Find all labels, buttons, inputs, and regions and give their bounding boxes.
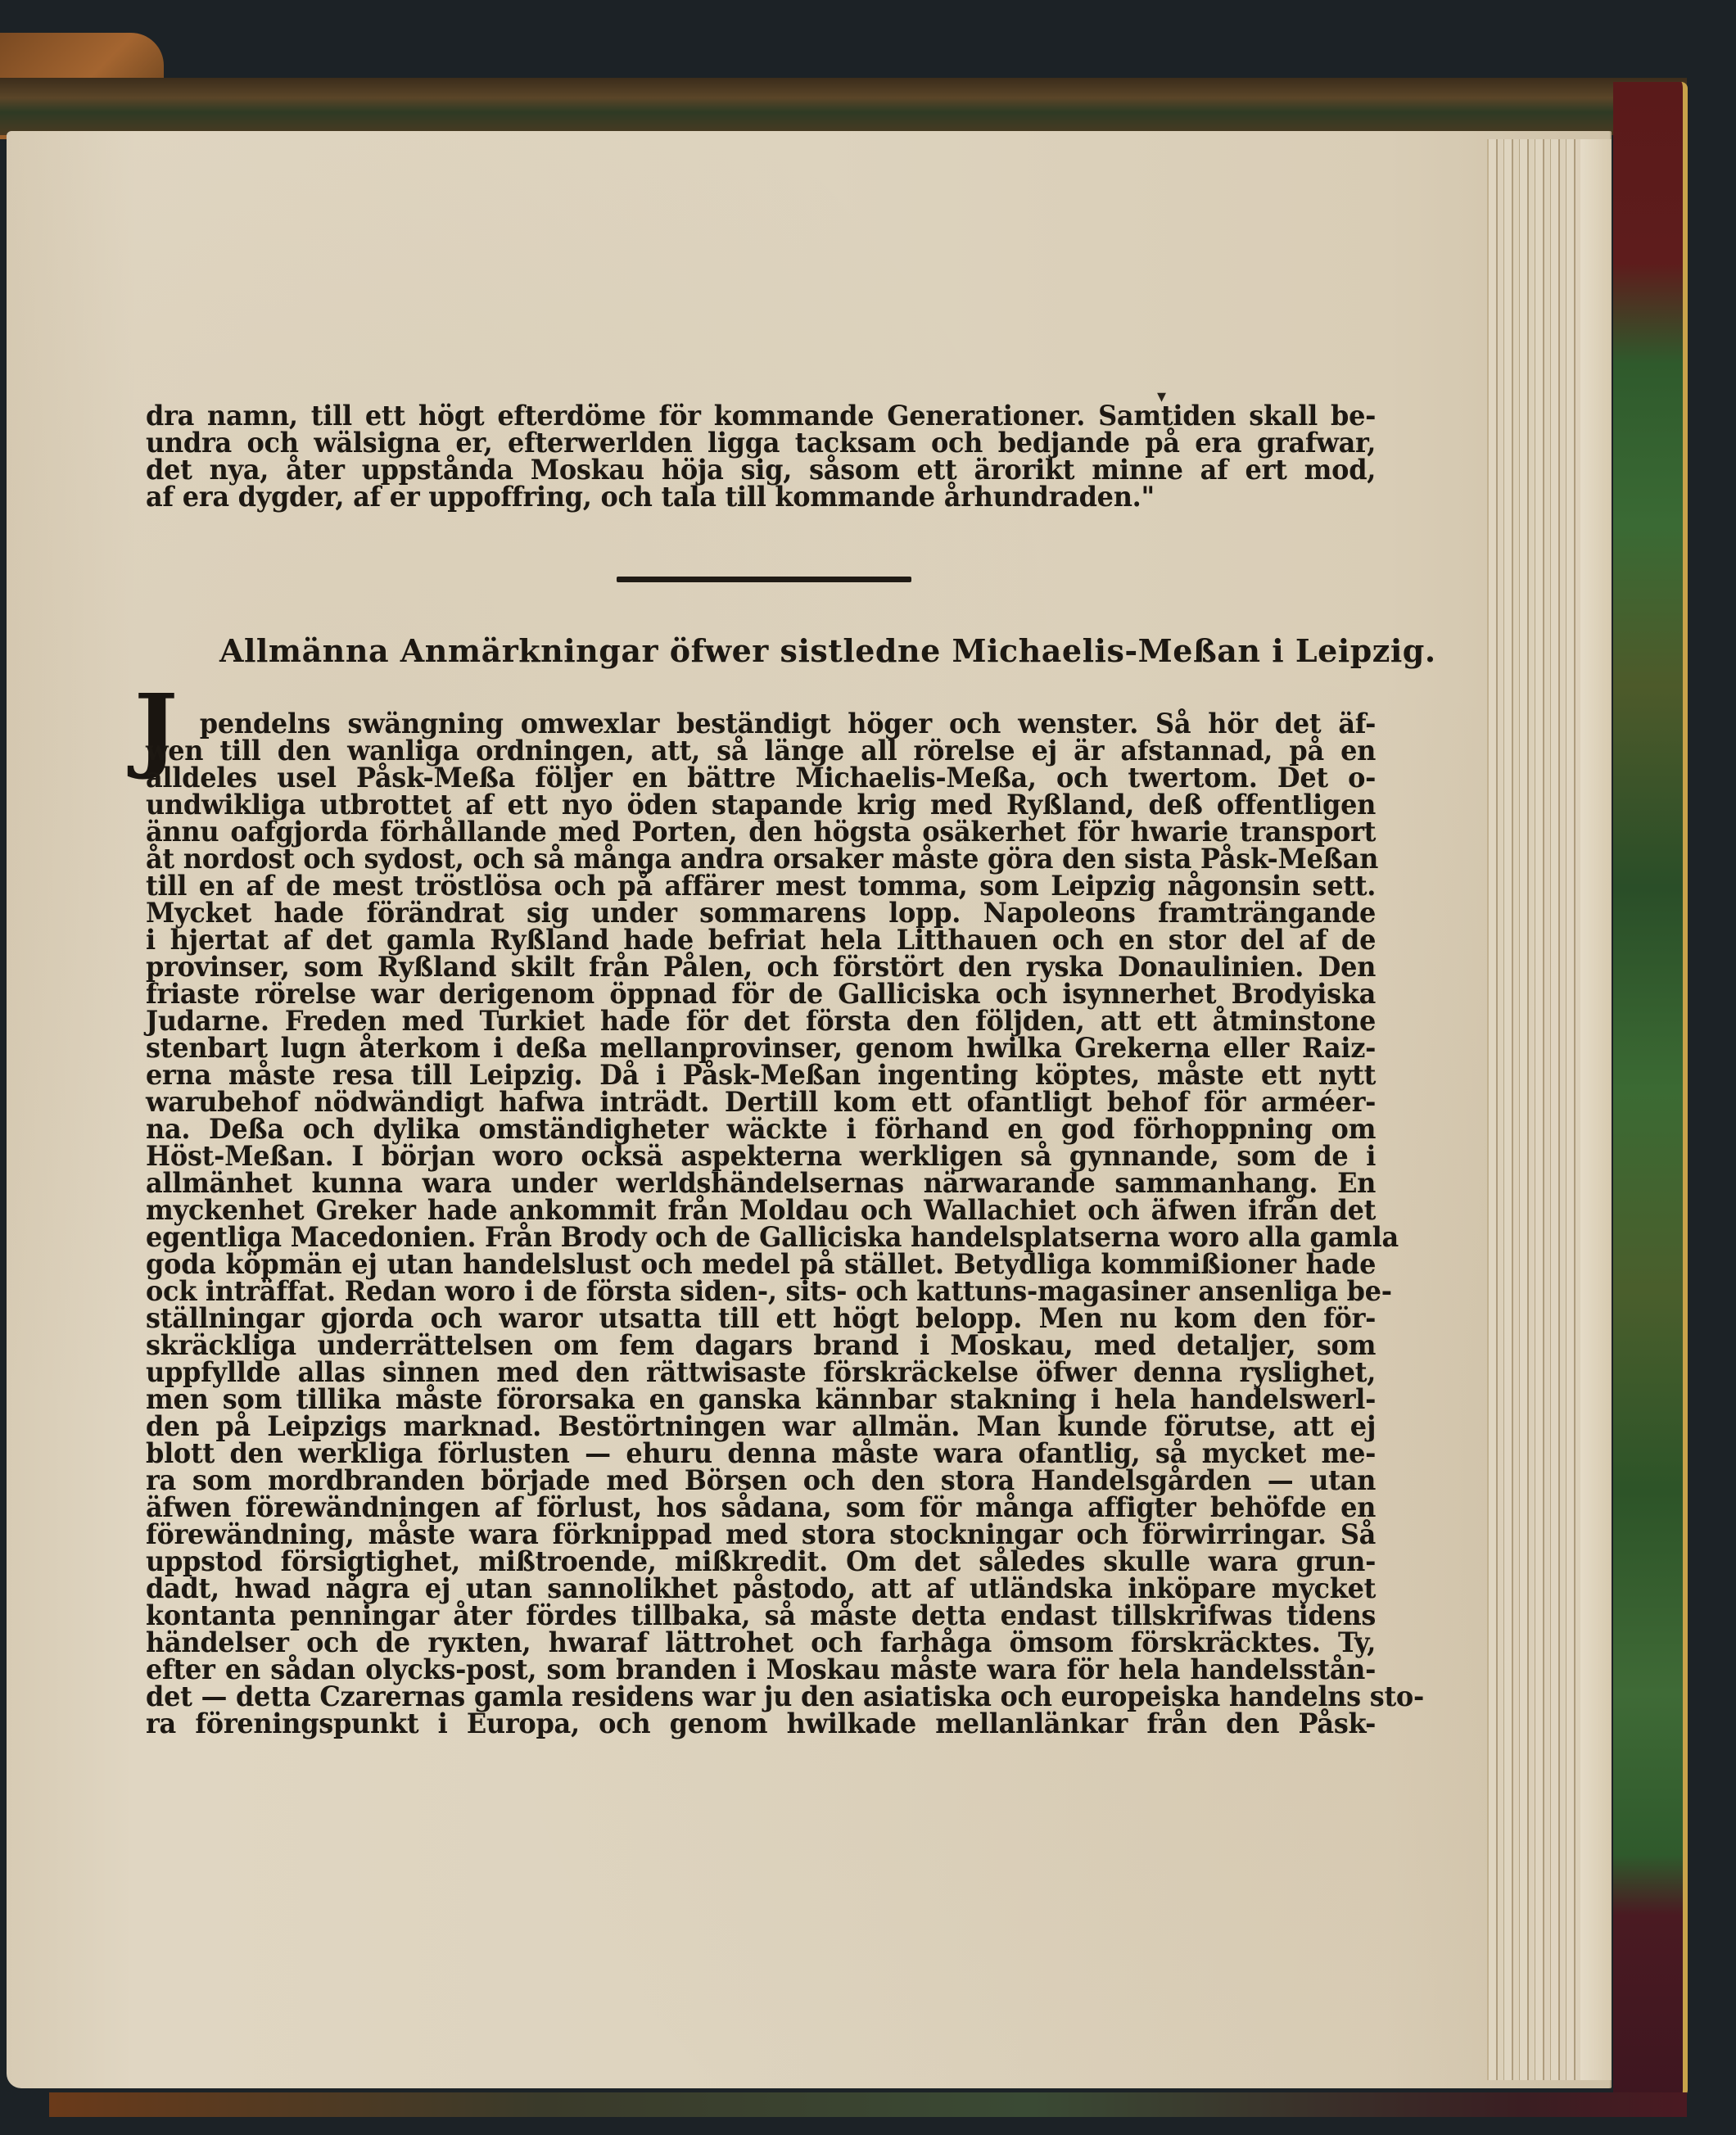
marbled-cover-edge: [1613, 82, 1688, 2097]
book-page: ▾ dra namn, till ett högt efterdöme för …: [7, 131, 1612, 2088]
bottom-binding-edge: [49, 2092, 1687, 2117]
body-paragraph: pendelns swängning omwexlar beständigt h…: [146, 711, 1454, 1738]
section-heading: Allmänna Anmärkningar öfwer sistledne Mi…: [219, 632, 1436, 669]
intro-paragraph: dra namn, till ett högt efterdöme för ko…: [146, 403, 1454, 511]
top-binding-edge: [0, 78, 1687, 135]
text-line: af era dygder, af er uppoffring, och tal…: [146, 484, 1146, 511]
section-divider-rule: [617, 577, 911, 582]
text-line: ra föreningspunkt i Europa, och genom hw…: [146, 1711, 1376, 1738]
page-edge-stack: [1487, 139, 1612, 2080]
page-edge-highlight: [1580, 139, 1612, 2080]
